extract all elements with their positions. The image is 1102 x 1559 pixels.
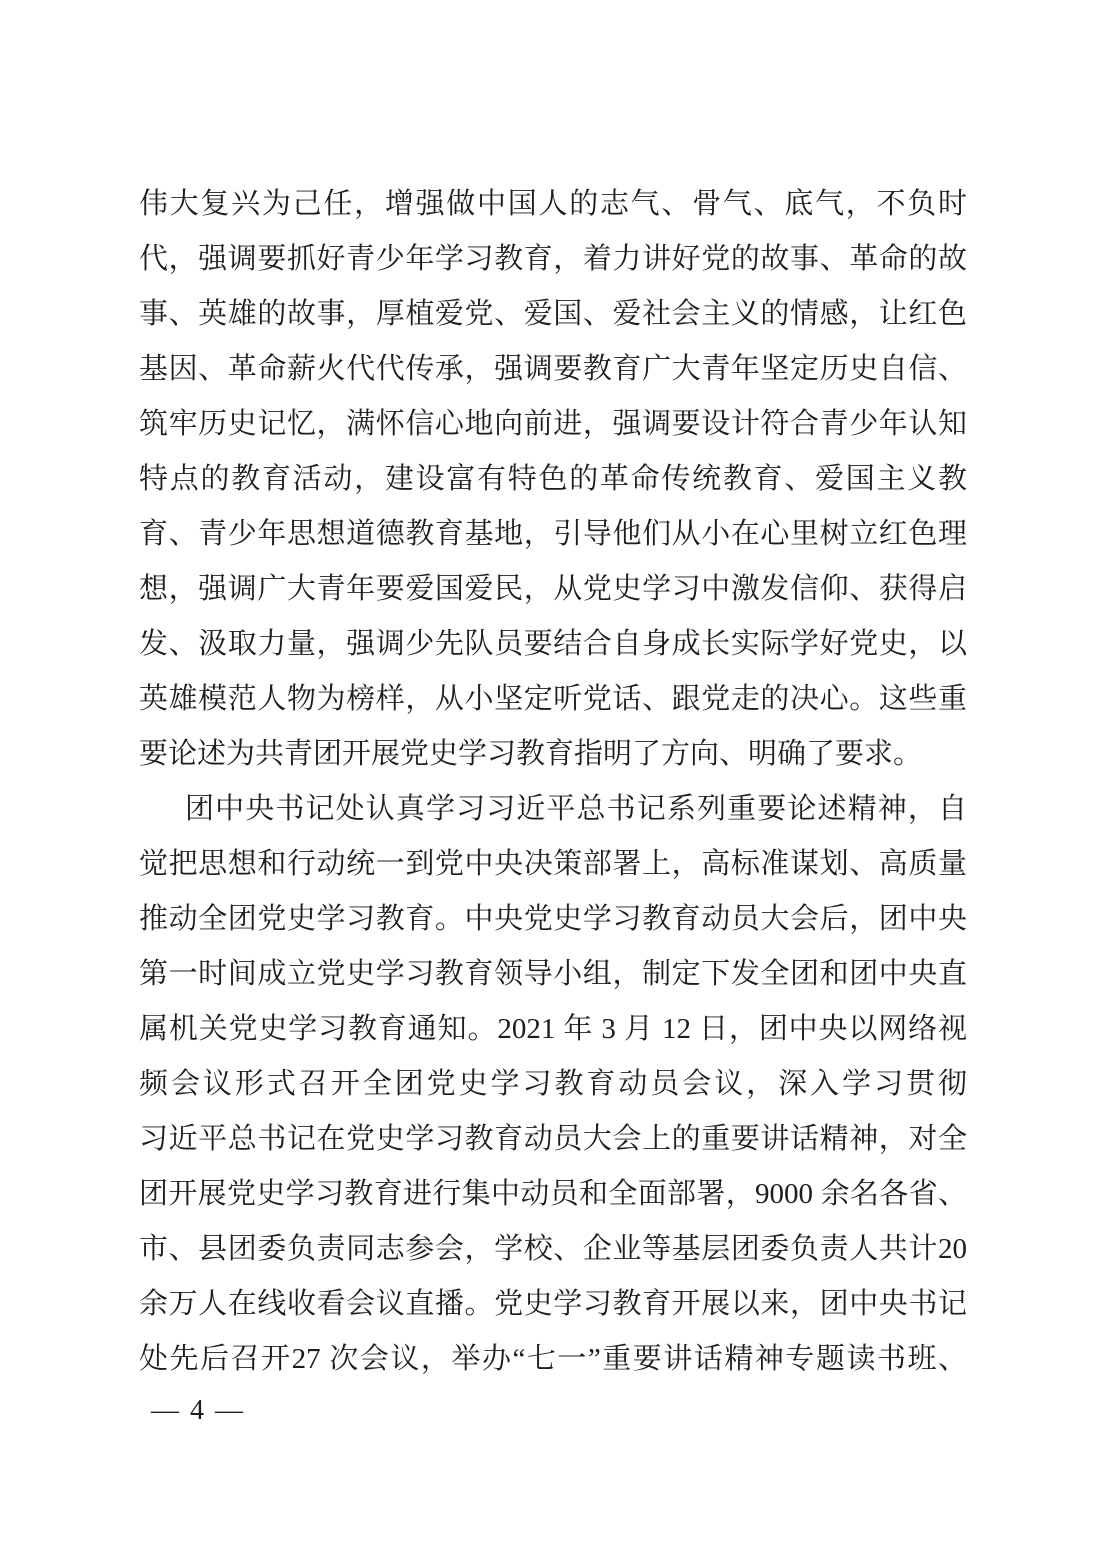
text-line-paragraph-end: 要论述为共青团开展党史学习教育指明了方向、明确了要求。 [139,727,967,782]
text-line: 推动全团党史学习教育。中央党史学习教育动员大会后，团中央 [139,892,967,947]
text-line: 事、英雄的故事，厚植爱党、爱国、爱社会主义的情感，让红色 [139,287,967,342]
text-line: 觉把思想和行动统一到党中央决策部署上，高标准谋划、高质量 [139,837,967,892]
text-line: 余万人在线收看会议直播。党史学习教育开展以来，团中央书记 [139,1277,967,1332]
text-line: 处先后召开27 次会议，举办“七一”重要讲话精神专题读书班、 [139,1332,967,1387]
document-page: 伟大复兴为己任，增强做中国人的志气、骨气、底气，不负时 代，强调要抓好青少年学习… [0,0,1102,1559]
document-body: 伟大复兴为己任，增强做中国人的志气、骨气、底气，不负时 代，强调要抓好青少年学习… [139,177,967,1387]
text-line: 伟大复兴为己任，增强做中国人的志气、骨气、底气，不负时 [139,177,967,232]
text-line: 想，强调广大青年要爱国爱民，从党史学习中激发信仰、获得启 [139,562,967,617]
text-line: 属机关党史学习教育通知。2021 年 3 月 12 日，团中央以网络视 [139,1002,967,1057]
page-number: — 4 — [151,1391,245,1431]
text-line: 市、县团委负责同志参会，学校、企业等基层团委负责人共计20 [139,1222,967,1277]
text-line-paragraph-start: 团中央书记处认真学习习近平总书记系列重要论述精神，自 [139,782,967,837]
text-line: 代，强调要抓好青少年学习教育，着力讲好党的故事、革命的故 [139,232,967,287]
text-line: 习近平总书记在党史学习教育动员大会上的重要讲话精神，对全 [139,1112,967,1167]
text-line: 基因、革命薪火代代传承，强调要教育广大青年坚定历史自信、 [139,342,967,397]
text-line: 发、汲取力量，强调少先队员要结合自身成长实际学好党史，以 [139,617,967,672]
text-line: 筑牢历史记忆，满怀信心地向前进，强调要设计符合青少年认知 [139,397,967,452]
text-line: 育、青少年思想道德教育基地，引导他们从小在心里树立红色理 [139,507,967,562]
text-line: 团开展党史学习教育进行集中动员和全面部署，9000 余名各省、 [139,1167,967,1222]
text-line: 英雄模范人物为榜样，从小坚定听党话、跟党走的决心。这些重 [139,672,967,727]
text-line: 第一时间成立党史学习教育领导小组，制定下发全团和团中央直 [139,947,967,1002]
text-line: 频会议形式召开全团党史学习教育动员会议，深入学习贯彻 [139,1057,967,1112]
text-line: 特点的教育活动，建设富有特色的革命传统教育、爱国主义教 [139,452,967,507]
